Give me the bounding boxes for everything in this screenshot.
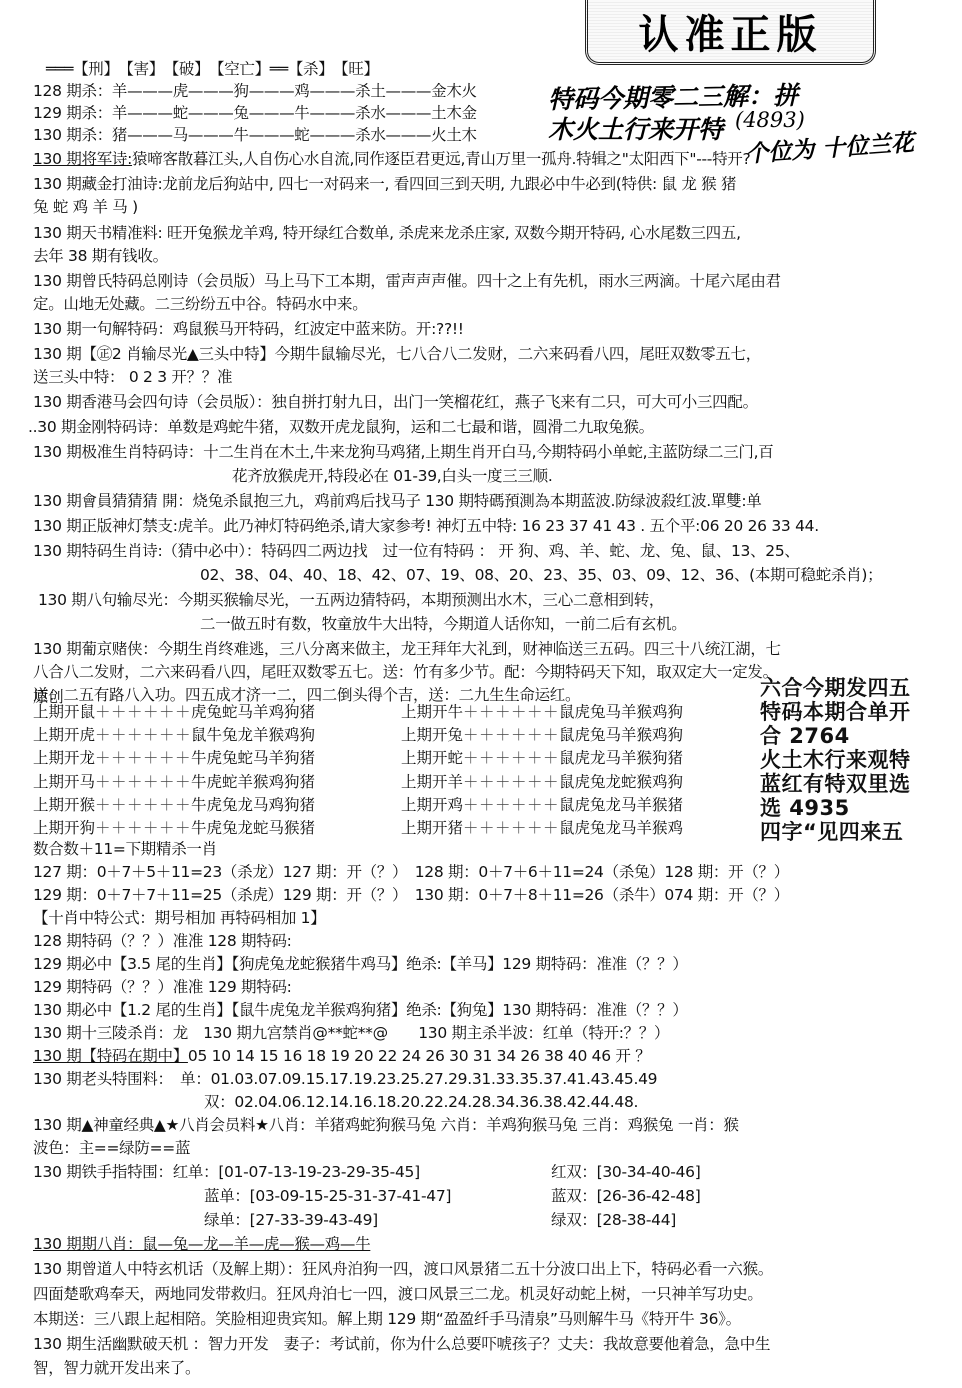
- special-in-period-numbers: 05 10 14 15 16 18 19 20 22 24 26 30 31 3…: [188, 1047, 651, 1065]
- zodiac-list: 鼠虎龙马羊猴狗猪: [559, 749, 683, 767]
- sum-formula-row-1: 127 期：0＋7＋5＋11=23（杀龙）127 期：开（？） 128 期：0＋…: [33, 861, 789, 883]
- zodiac-cell-left: 上期开猴＋＋＋＋＋＋牛虎兔龙马鸡狗猪: [33, 794, 401, 817]
- zeng-poem-line-cont: 定。山地无处藏。二三纷纷五中谷。特码水中来。: [33, 293, 367, 315]
- plus-separator: ＋＋＋＋＋＋: [463, 796, 559, 814]
- side-box-line: 火土木行来观特: [760, 748, 960, 772]
- eight-line-poem-cont: 二一做五时有数，牧童放牛大出特，今期道人话你知，一前二后有玄机。: [200, 613, 686, 635]
- hidden-gold-poem: 130 期藏金打油诗:龙前龙后狗站中, 四七一对码来一, 看四回三到天明, 九跟…: [33, 173, 736, 195]
- six-harmony-box: 六合今期发四五 特码本期合单开 合 2764 火土木行来观特 蓝红有特双里选 选…: [760, 676, 960, 844]
- zodiac-list: 牛虎蛇羊猴鸡狗猪: [191, 773, 315, 791]
- zodiac-list: 鼠虎兔龙马羊猴猪: [559, 796, 683, 814]
- special-128-line: 128 期特码（？？）准准 128 期特码:: [33, 930, 292, 952]
- last-draw-zodiac-table: 上期开鼠＋＋＋＋＋＋虎兔蛇马羊鸡狗猪上期开牛＋＋＋＋＋＋鼠虎兔马羊猴鸡狗上期开虎…: [33, 701, 683, 840]
- sum-formula-title: 数合数＋11=下期精杀一肖: [33, 838, 217, 860]
- general-poem-line: 130 期将军诗:猿啼客散暮江头,人自伤心水自流,同作逐臣君更远,青山万里一孤舟…: [33, 148, 750, 170]
- zodiac-table-row: 上期开龙＋＋＋＋＋＋牛虎兔蛇马羊狗猪上期开蛇＋＋＋＋＋＋鼠虎龙马羊猴狗猪: [33, 747, 683, 770]
- old-man-even-line: 双：02.04.06.12.14.16.18.20.22.24.28.34.36…: [204, 1091, 638, 1113]
- zodiac-poem-numbers: 02、38、04、40、18、42、07、19、08、20、23、35、03、0…: [200, 564, 882, 586]
- two-zodiac-line-cont: 送三头中特： 0 2 3 开？？准: [33, 366, 232, 388]
- zodiac-list: 虎兔蛇马羊鸡狗猪: [191, 703, 315, 721]
- zeng-taoist-line-2: 四面楚歌鸡奉天，两地同发带救归。狂风舟泊七一四，渡口风景三二龙。机灵好动蛇上树，…: [33, 1283, 763, 1305]
- eight-zodiac-line: 130 期期八肖：鼠—兔—龙—羊—虎—猴—鸡—牛: [33, 1233, 370, 1255]
- ming-tombs-line: 130 期十三陵杀肖：龙 130 期九宫禁肖@**蛇**@ 130 期主杀半波：…: [33, 1022, 669, 1044]
- plus-separator: ＋＋＋＋＋＋: [463, 773, 559, 791]
- iron-finger-blue-even: 蓝双：[26-36-42-48]: [551, 1185, 700, 1207]
- plus-separator: ＋＋＋＋＋＋: [463, 703, 559, 721]
- zodiac-cell-right: 上期开羊＋＋＋＋＋＋鼠虎兔龙蛇猴鸡狗: [401, 771, 683, 794]
- iron-finger-green-odd: 绿单：[27-33-39-43-49]: [204, 1209, 378, 1231]
- zeng-taoist-line-3: 本期送：三八跟上起相陪。笑脸相迎贵宾知。解上期 129 期“盈盈纤手马清泉”马则…: [33, 1308, 741, 1330]
- zodiac-cell-left: 上期开马＋＋＋＋＋＋牛虎蛇羊猴鸡狗猪: [33, 771, 401, 794]
- diamond-poem: ..30 期金刚特码诗：单数是鸡蛇牛猪，双数开虎龙鼠狗，运和二七最和谐，圆滑二九…: [28, 416, 654, 438]
- zodiac-table-row: 上期开鼠＋＋＋＋＋＋虎兔蛇马羊鸡狗猪上期开牛＋＋＋＋＋＋鼠虎兔马羊猴鸡狗: [33, 701, 683, 724]
- zodiac-list: 鼠虎兔马羊猴鸡狗: [559, 703, 683, 721]
- ten-zodiac-formula: 【十肖中特公式：期号相加 再特码相加 1】: [33, 907, 325, 929]
- last-draw-label: 上期开牛: [401, 703, 463, 721]
- attribute-header-row: ═══【刑】 【害】 【破】 【空亡】══【杀】 【旺】: [46, 58, 379, 80]
- last-draw-label: 上期开虎: [33, 726, 95, 744]
- iron-finger-red-even: 红双：[30-34-40-46]: [551, 1161, 700, 1183]
- zodiac-table-row: 上期开马＋＋＋＋＋＋牛虎蛇羊猴鸡狗猪上期开羊＋＋＋＋＋＋鼠虎兔龙蛇猴鸡狗: [33, 771, 683, 794]
- plus-separator: ＋＋＋＋＋＋: [95, 819, 191, 837]
- zodiac-list: 鼠虎兔马羊猴鸡狗: [559, 726, 683, 744]
- special-129-line: 129 期特码（？？）准准 129 期特码:: [33, 976, 292, 998]
- last-draw-label: 上期开猪: [401, 819, 463, 837]
- last-draw-label: 上期开猴: [33, 796, 95, 814]
- plus-separator: ＋＋＋＋＋＋: [463, 749, 559, 767]
- casino-hero-line-2: 八合八二发财，二六来码看八四，尾旺双数零五七。送：竹有多少节。配：今期特码天下知…: [33, 661, 778, 683]
- casino-hero-line: 130 期葡京赌侠：今期生肖终难逃，三八分离来做主，龙王拜年大礼到，财神临送三五…: [33, 638, 781, 660]
- side-box-line: 选 4935: [760, 796, 960, 820]
- side-box-line: 四字“见四来五: [760, 820, 960, 844]
- zodiac-table-row: 上期开狗＋＋＋＋＋＋牛虎兔龙蛇马猴猪上期开猪＋＋＋＋＋＋鼠虎兔龙马羊猴鸡: [33, 817, 683, 840]
- member-guess-line: 130 期會員猜猜猜 開：烧兔杀鼠抱三九，鸡前鸡后找马子 130 期特碼預測為本…: [33, 490, 761, 512]
- handwritten-code: (4893): [735, 108, 805, 132]
- zodiac-list: 鼠虎兔龙蛇猴鸡狗: [559, 773, 683, 791]
- zodiac-table-row: 上期开猴＋＋＋＋＋＋牛虎兔龙马鸡狗猪上期开鸡＋＋＋＋＋＋鼠虎兔龙马羊猴猪: [33, 794, 683, 817]
- logo-text: 认准正版: [639, 3, 823, 60]
- iron-finger-red-odd: 130 期铁手指特围：红单：[01-07-13-19-23-29-35-45]: [33, 1161, 420, 1183]
- plus-separator: ＋＋＋＋＋＋: [463, 819, 559, 837]
- zodiac-cell-left: 上期开龙＋＋＋＋＋＋牛虎兔蛇马羊狗猪: [33, 747, 401, 770]
- magic-lamp-line: 130 期正版神灯禁支:虎羊。此乃神灯特码绝杀,请大家参考! 神灯五中特: 16…: [33, 515, 819, 537]
- sum-formula-row-2: 129 期：0＋7＋7＋11=25（杀虎）129 期：开（？） 130 期：0＋…: [33, 884, 789, 906]
- plus-separator: ＋＋＋＋＋＋: [95, 726, 191, 744]
- side-box-line: 合 2764: [760, 724, 960, 748]
- zodiac-list: 牛虎兔蛇马羊狗猪: [191, 749, 315, 767]
- side-box-line: 特码本期合单开: [760, 700, 960, 724]
- zeng-taoist-line: 130 期曾道人中特玄机话（及解上期）：狂风舟泊狗一四，渡口风景猪二五十分波口出…: [33, 1258, 773, 1280]
- handwritten-line-2: 木火土行来开特: [548, 110, 723, 146]
- one-sentence-line: 130 期一句解特码：鸡鼠猴马开特码，红波定中蓝来防。开:??!!: [33, 318, 464, 340]
- humor-line-cont: 智，智力就开发出来了。: [33, 1357, 200, 1379]
- zodiac-list: 鼠虎兔龙马羊猴鸡: [559, 819, 683, 837]
- kill-row-129: 129 期杀：羊———蛇———兔———牛———杀水———土木金: [33, 102, 477, 124]
- zodiac-cell-left: 上期开狗＋＋＋＋＋＋牛虎兔龙蛇马猴猪: [33, 817, 401, 840]
- plus-separator: ＋＋＋＋＋＋: [463, 726, 559, 744]
- special-in-period-line: 130 期【特码在期中】05 10 14 15 16 18 19 20 22 2…: [33, 1045, 650, 1067]
- iron-finger-blue-odd: 蓝单：[03-09-15-25-31-37-41-47]: [204, 1185, 451, 1207]
- general-poem-title: 130 期将军诗:: [33, 150, 132, 168]
- plus-separator: ＋＋＋＋＋＋: [95, 773, 191, 791]
- hidden-gold-poem-cont: 兔 蛇 鸡 羊 马 ): [33, 196, 138, 218]
- heavenly-book-line-cont: 去年 38 期有钱收。: [33, 245, 168, 267]
- humor-line: 130 期生活幽默破天机 ：智力开发 妻子：考试前，你为什么总要吓唬孩子？丈夫：…: [33, 1333, 770, 1355]
- zodiac-table-row: 上期开虎＋＋＋＋＋＋鼠牛兔龙羊猴鸡狗上期开兔＋＋＋＋＋＋鼠虎兔马羊猴鸡狗: [33, 724, 683, 747]
- zodiac-list: 牛虎兔龙蛇马猴猪: [191, 819, 315, 837]
- last-draw-label: 上期开兔: [401, 726, 463, 744]
- side-box-line: 六合今期发四五: [760, 676, 960, 700]
- zodiac-cell-right: 上期开牛＋＋＋＋＋＋鼠虎兔马羊猴鸡狗: [401, 701, 683, 724]
- zodiac-cell-right: 上期开兔＋＋＋＋＋＋鼠虎兔马羊猴鸡狗: [401, 724, 683, 747]
- must-hit-130-line: 130 期必中【1.2 尾的生肖】【鼠牛虎兔龙羊猴鸡狗猪】绝杀:【狗兔】130 …: [33, 999, 688, 1021]
- special-in-period-title: 130 期【特码在期中】: [33, 1047, 188, 1065]
- wave-color-line: 波色：主==绿防==蓝: [33, 1137, 190, 1159]
- zodiac-cell-left: 上期开鼠＋＋＋＋＋＋虎兔蛇马羊鸡狗猪: [33, 701, 401, 724]
- authentic-edition-logo: 认准正版: [585, 0, 876, 65]
- two-zodiac-line: 130 期【㊣2 肖输尽光▲三头中特】今期牛鼠输尽光，七八合八二发财，二六来码看…: [33, 343, 761, 365]
- zodiac-poem-line: 130 期特码生肖诗:（猜中必中）：特码四二两边找 过一位有特码 ： 开 狗、鸡…: [33, 540, 800, 562]
- must-hit-129-line: 129 期必中【3.5 尾的生肖】【狗虎兔龙蛇猴猪牛鸡马】绝杀:【羊马】129 …: [33, 953, 688, 975]
- plus-separator: ＋＋＋＋＋＋: [95, 703, 191, 721]
- last-draw-label: 上期开羊: [401, 773, 463, 791]
- divine-child-line: 130 期▲神童经典▲★八肖会员料★八肖：羊猪鸡蛇狗猴马兔 六肖：羊鸡狗猴马兔 …: [33, 1114, 739, 1136]
- precise-zodiac-poem: 130 期极准生肖特码诗：十二生肖在木土,牛来龙狗马鸡猪,上期生肖开白马,今期特…: [33, 441, 773, 463]
- general-poem-text: 猿啼客散暮江头,人自伤心水自流,同作逐臣君更远,青山万里一孤舟.特辑之"太阳西下…: [132, 150, 750, 168]
- kill-row-130: 130 期杀：猪———马———牛———蛇———杀水———火土木: [33, 124, 477, 146]
- old-man-odd-line: 130 期老头特围料： 单：01.03.07.09.15.17.19.23.25…: [33, 1068, 657, 1090]
- zodiac-list: 鼠牛兔龙羊猴鸡狗: [191, 726, 315, 744]
- iron-finger-green-even: 绿双：[28-38-44]: [551, 1209, 676, 1231]
- plus-separator: ＋＋＋＋＋＋: [95, 796, 191, 814]
- plus-separator: ＋＋＋＋＋＋: [95, 749, 191, 767]
- last-draw-label: 上期开马: [33, 773, 95, 791]
- zodiac-cell-right: 上期开猪＋＋＋＋＋＋鼠虎兔龙马羊猴鸡: [401, 817, 683, 840]
- kill-row-128: 128 期杀：羊———虎———狗———鸡———杀土———金木火: [33, 80, 477, 102]
- last-draw-label: 上期开蛇: [401, 749, 463, 767]
- eight-line-poem: 130 期八句输尽光：今期买猴输尽光，一五两边猜特码，本期预测出水木，三心二意相…: [38, 589, 664, 611]
- zodiac-list: 牛虎兔龙马鸡狗猪: [191, 796, 315, 814]
- zodiac-cell-right: 上期开蛇＋＋＋＋＋＋鼠虎龙马羊猴狗猪: [401, 747, 683, 770]
- last-draw-label: 上期开鸡: [401, 796, 463, 814]
- side-box-line: 蓝红有特双里选: [760, 772, 960, 796]
- last-draw-label: 上期开龙: [33, 749, 95, 767]
- zodiac-cell-right: 上期开鸡＋＋＋＋＋＋鼠虎兔龙马羊猴猪: [401, 794, 683, 817]
- last-draw-label: 上期开鼠: [33, 703, 95, 721]
- zodiac-cell-left: 上期开虎＋＋＋＋＋＋鼠牛兔龙羊猴鸡狗: [33, 724, 401, 747]
- heavenly-book-line: 130 期天书精准料: 旺开兔猴龙羊鸡, 特开绿红合数单, 杀虎来龙杀庄家, 双…: [33, 222, 741, 244]
- precise-zodiac-poem-cont: 花齐放猴虎开,特段必在 01-39,白头一度三三顺.: [232, 465, 552, 487]
- zeng-poem-line: 130 期曾氏特码总刚诗（会员版）马上马下工本期，雷声声声催。四十之上有先机，雨…: [33, 270, 781, 292]
- hk-jockey-poem: 130 期香港马会四句诗（会员版）：独自拼打射九日，出门一笑榴花红，燕子飞来有二…: [33, 391, 758, 413]
- last-draw-label: 上期开狗: [33, 819, 95, 837]
